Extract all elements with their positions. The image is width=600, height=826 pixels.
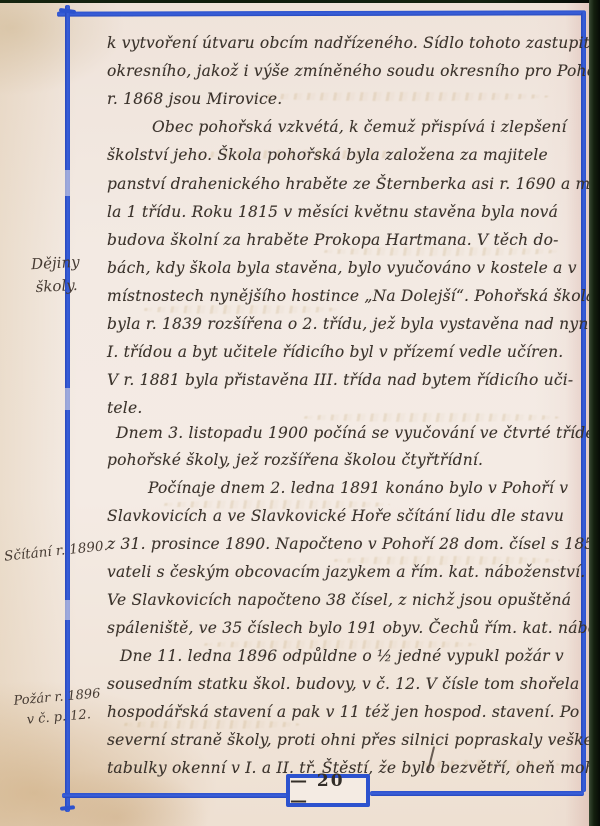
body-line: k vytvoření útvaru obcím nadřízeného. Sí…	[107, 36, 600, 52]
body-line: sousedním statku škol. budovy, v č. 12. …	[107, 677, 579, 693]
page-number: — 20 —	[290, 771, 366, 811]
body-line: la 1 třídu. Roku 1815 v měsíci květnu st…	[107, 205, 558, 221]
margin-note-line: školy.	[14, 273, 99, 301]
body-line: spáleniště, ve 35 číslech bylo 191 obyv.…	[107, 621, 600, 637]
body-line: Obec pohořská vzkvétá, k čemuž přispívá …	[152, 120, 567, 136]
page-number-box: — 20 —	[286, 774, 370, 807]
body-line: panství drahenického hraběte ze Šternber…	[107, 177, 600, 193]
frame-line-bottom-right	[370, 791, 584, 796]
frame-line-right	[581, 12, 586, 792]
body-line: bách, kdy škola byla stavěna, bylo vyučo…	[107, 261, 577, 277]
body-line: Slavkovicích a ve Slavkovické Hoře sčítá…	[107, 509, 564, 525]
body-line: Dnem 3. listopadu 1900 počíná se vyučová…	[116, 426, 595, 442]
frame-line-bottom-left	[62, 793, 290, 798]
ink-showthrough	[250, 92, 550, 101]
body-line: místnostech nynějšího hostince „Na Dolej…	[107, 289, 595, 305]
body-line: byla r. 1839 rozšířena o 2. třídu, jež b…	[107, 317, 600, 333]
body-line: severní straně školy, proti ohni přes si…	[107, 733, 600, 749]
body-line: Dne 11. ledna 1896 odpůldne o ½ jedné vy…	[120, 649, 564, 665]
margin-note-fire-1896: Požár r. 1896 v č. p. 12.	[8, 684, 107, 732]
body-line: okresního, jakož i výše zmíněného soudu …	[107, 64, 600, 80]
body-line: vateli s českým obcovacím jazykem a řím.…	[107, 565, 585, 581]
body-line: V r. 1881 byla přistavěna III. třída nad…	[107, 373, 573, 389]
body-line: z 31. prosince 1890. Napočteno v Pohoří …	[107, 537, 600, 553]
body-line: školství jeho. Škola pohořská byla založ…	[107, 148, 548, 164]
ink-showthrough	[140, 305, 340, 314]
frame-ink-fade	[65, 600, 70, 620]
frame-ink-fade	[65, 170, 70, 196]
body-line: tele.	[107, 401, 142, 417]
ink-showthrough	[300, 413, 560, 422]
scan-edge-right	[589, 0, 600, 826]
body-line: r. 1868 jsou Mirovice.	[107, 92, 282, 108]
margin-note-school-history: Dějiny školy.	[13, 250, 99, 301]
body-line: Ve Slavkovicích napočteno 38 čísel, z ni…	[107, 593, 571, 609]
body-line: Počínaje dnem 2. ledna 1891 konáno bylo …	[148, 481, 568, 497]
scan-edge-top	[0, 0, 600, 3]
frame-ink-fade	[65, 388, 70, 410]
ink-showthrough	[120, 720, 300, 729]
scanned-chronicle-page: Dějiny školy. Sčítání r. 1890. Požár r. …	[0, 0, 600, 826]
body-line: hospodářská stavení a pak v 11 též jen h…	[107, 705, 579, 721]
body-line: budova školní za hraběte Prokopa Hartman…	[107, 233, 559, 249]
body-line: pohořské školy, jež rozšířena školou čty…	[107, 453, 483, 469]
body-line: I. třídou a byt učitele řídicího byl v p…	[107, 345, 563, 361]
